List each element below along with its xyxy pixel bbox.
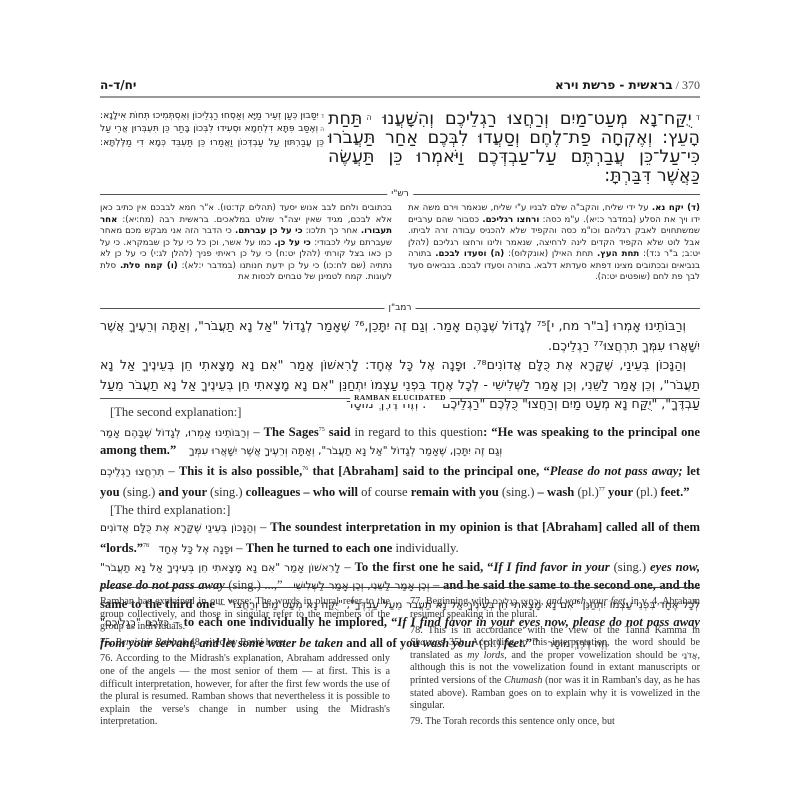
rashi-heading: ורחצו רגליכם. (482, 215, 539, 225)
rashi-text: בכתובים ולחם לבב אנוש יסעד (תהלים קד:טו)… (100, 203, 392, 225)
elucidated-divider: RAMBAN ELUCIDATED (100, 392, 700, 404)
footnote-rule (100, 587, 700, 588)
rashi-column-right: (ד) יקח נא. על ידי שליח, והקב"ה שלם לבני… (408, 203, 700, 284)
running-head: 370 / בראשית - פרשת וירא יח/ד-ה (100, 78, 700, 94)
rashi-heading: כי על כן. (274, 238, 311, 248)
page-separator: / (676, 78, 679, 92)
rashi-heading: (ו) קמח סלת. (120, 261, 178, 271)
document-page: 370 / בראשית - פרשת וירא יח/ד-ה דיֻקַּח־… (100, 0, 700, 800)
footnote-79: 79. The Torah records this sentence only… (410, 716, 700, 729)
footnote-continued: Ramban has explained in our verse: The w… (100, 596, 390, 634)
rashi-label: רש"י (387, 188, 413, 200)
footnotes-right-column: 77. Beginning with וְרַחֲצוּ רַגְלֵיכֶם,… (410, 596, 700, 732)
running-head-rule (100, 96, 700, 98)
rashi-heading: (ה) וסעדו לבכם. (435, 249, 504, 259)
torah-verse-text: דיֻקַּח־נָא מְעַט־מַיִם וְרַחֲצוּ רַגְלֵ… (328, 108, 700, 186)
footnote-78: 78. This is in accordance with the view … (410, 625, 700, 713)
targum-verse-5: וְאֶסַּב פִּתָּא דִלְחֵמָא וּסְעִידוּ לִ… (100, 123, 324, 147)
rashi-heading: תחת העץ. (597, 249, 639, 259)
rashi-divider: רש"י (100, 188, 700, 200)
rashi-column-left: בכתובים ולחם לבב אנוש יסעד (תהלים קד:טו)… (100, 203, 392, 284)
footnote-75: 75. Bereishis Rabbah 48, cited by Rashi … (100, 637, 390, 650)
second-explanation-header: [The second explanation:] (100, 404, 700, 422)
rashi-text: תחת האילן (אונקלוס): (508, 249, 597, 259)
hebrew-lemma: לָרִאשׁוֹן אָמַר "אִם נָא מָצָאתִי חֵן ב… (100, 562, 340, 574)
footnote-76: 76. According to the Midrash's explanati… (100, 653, 390, 729)
running-head-title: 370 / בראשית - פרשת וירא (555, 78, 700, 93)
rashi-heading: (ד) יקח נא. (652, 203, 700, 213)
hebrew-lemma: וּפָנָה אֶל כָּל אֶחָד (159, 543, 234, 555)
rashi-heading: כי על כן עברתם. (235, 226, 303, 236)
footnote-ref[interactable]: 78 (143, 543, 149, 549)
hebrew-lemma: וְגַם זֶה יִתָּכֵן, שֶׁאָמַר לְגָדוֹל "א… (189, 445, 502, 457)
page-number: 370 (682, 78, 700, 92)
chapter-verse-ref: יח/ד-ה (100, 78, 136, 92)
verse-number: ד (321, 113, 324, 120)
book-parashah-title: בראשית - פרשת וירא (555, 78, 673, 92)
verse-block: דיֻקַּח־נָא מְעַט־מַיִם וְרַחֲצוּ רַגְלֵ… (100, 108, 700, 184)
rashi-text: אחר כך תלכו: (306, 226, 361, 236)
ramban-label: רמב"ן (385, 302, 416, 314)
hebrew-lemma: תִרְחֲצוּ רַגְלֵיכֶם (100, 466, 164, 478)
verse-number: ד (696, 113, 700, 122)
footnotes-left-column: Ramban has explained in our verse: The w… (100, 596, 390, 732)
targum-verse-4: יִסַּבוּן כְּעַן זְעֵיר מַיָּא וְאַסְחוּ… (100, 110, 319, 121)
hebrew-lemma: וְהַנָּכוֹן בְּעֵינַי שֶׁקָּרָא אֶת כֻּל… (100, 522, 256, 534)
verse-number: ה (366, 113, 371, 122)
elucidated-label: RAMBAN ELUCIDATED (350, 392, 450, 404)
third-explanation-header: [The third explanation:] (100, 502, 700, 520)
verse-text: יֻקַּח־נָא מְעַט־מַיִם וְרַחֲצוּ רַגְלֵי… (383, 109, 692, 129)
ramban-divider: רמב"ן (100, 302, 700, 314)
verse-number: ה (320, 126, 324, 133)
rashi-commentary: (ד) יקח נא. על ידי שליח, והקב"ה שלם לבני… (100, 203, 700, 293)
second-explanation-text: וְרַבּוֹתֵינוּ אָמְרוּ, לְגָדוֹל שֶׁבָּה… (100, 422, 700, 502)
footnote-77: 77. Beginning with וְרַחֲצוּ רַגְלֵיכֶם,… (410, 596, 700, 621)
hebrew-lemma: וְרַבּוֹתֵינוּ אָמְרוּ, לְגָדוֹל שֶׁבָּה… (100, 427, 249, 439)
ramban-paragraph: וְרַבּוֹתֵינוּ אָמְרוּ [ב"ר מח, י]⁷⁵ לְג… (100, 316, 700, 355)
targum-text: דיִסַּבוּן כְּעַן זְעֵיר מַיָּא וְאַסְחו… (100, 110, 324, 149)
